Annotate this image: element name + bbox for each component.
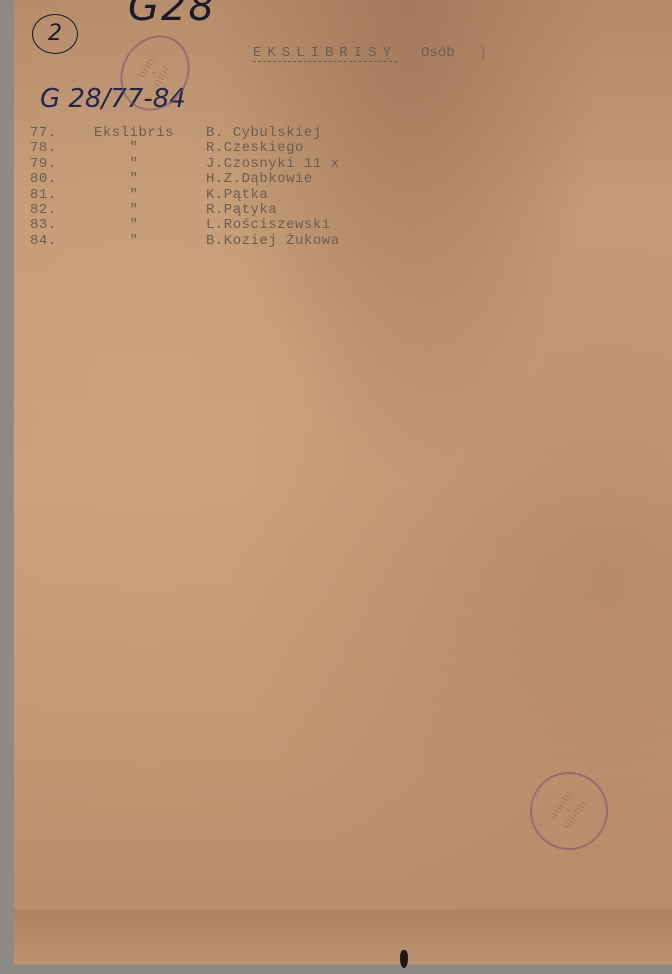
envelope-fold bbox=[14, 910, 672, 965]
item-number: 81. bbox=[30, 188, 62, 203]
item-type: " bbox=[62, 172, 206, 187]
document-heading: EKSLIBRISYOsób) bbox=[253, 45, 487, 61]
item-type: " bbox=[62, 188, 206, 203]
item-name: R.Czeskiego bbox=[206, 141, 304, 156]
list-item: 83."L.Rościszewski bbox=[30, 218, 340, 233]
item-type: " bbox=[62, 141, 206, 156]
item-name: L.Rościszewski bbox=[206, 218, 331, 233]
item-name: K.Pątka bbox=[206, 188, 268, 203]
heading-title: EKSLIBRISY bbox=[253, 45, 397, 62]
item-number: 79. bbox=[30, 157, 62, 172]
item-number: 77. bbox=[30, 126, 62, 141]
item-list: 77.EkslibrisB. Cybulskiej 78."R.Czeskieg… bbox=[30, 126, 340, 249]
item-name: H.Z.Dąbkowie bbox=[206, 172, 313, 187]
item-number: 82. bbox=[30, 203, 62, 218]
item-type: " bbox=[62, 157, 206, 172]
item-type: Ekslibris bbox=[62, 126, 206, 141]
list-item: 77.EkslibrisB. Cybulskiej bbox=[30, 126, 340, 141]
item-name: B. Cybulskiej bbox=[206, 126, 322, 141]
item-number: 80. bbox=[30, 172, 62, 187]
list-item: 80."H.Z.Dąbkowie bbox=[30, 172, 340, 187]
item-type: " bbox=[62, 218, 206, 233]
tear-mark bbox=[400, 950, 408, 968]
list-item: 81."K.Pątka bbox=[30, 188, 340, 203]
stamp-bottom-text: |||||||||•||||||||| bbox=[549, 790, 588, 831]
list-item: 84."B.Koziej Żukowa bbox=[30, 234, 340, 249]
heading-tail: ) bbox=[479, 45, 487, 61]
item-name: R.Pątyka bbox=[206, 203, 277, 218]
item-number: 83. bbox=[30, 218, 62, 233]
item-type: " bbox=[62, 234, 206, 249]
item-name: B.Koziej Żukowa bbox=[206, 234, 340, 249]
stamp-top-text: ||||||•|||||| bbox=[139, 57, 172, 88]
top-code: G28 bbox=[128, 0, 216, 30]
item-number: 78. bbox=[30, 141, 62, 156]
folder-number: 2 bbox=[32, 14, 78, 54]
item-type: " bbox=[62, 203, 206, 218]
list-item: 82."R.Pątyka bbox=[30, 203, 340, 218]
heading-subtitle: Osób bbox=[421, 45, 455, 61]
item-number: 84. bbox=[30, 234, 62, 249]
list-item: 79."J.Czosnyki 11 x bbox=[30, 157, 340, 172]
list-item: 78."R.Czeskiego bbox=[30, 141, 340, 156]
item-name: J.Czosnyki 11 x bbox=[206, 157, 340, 172]
